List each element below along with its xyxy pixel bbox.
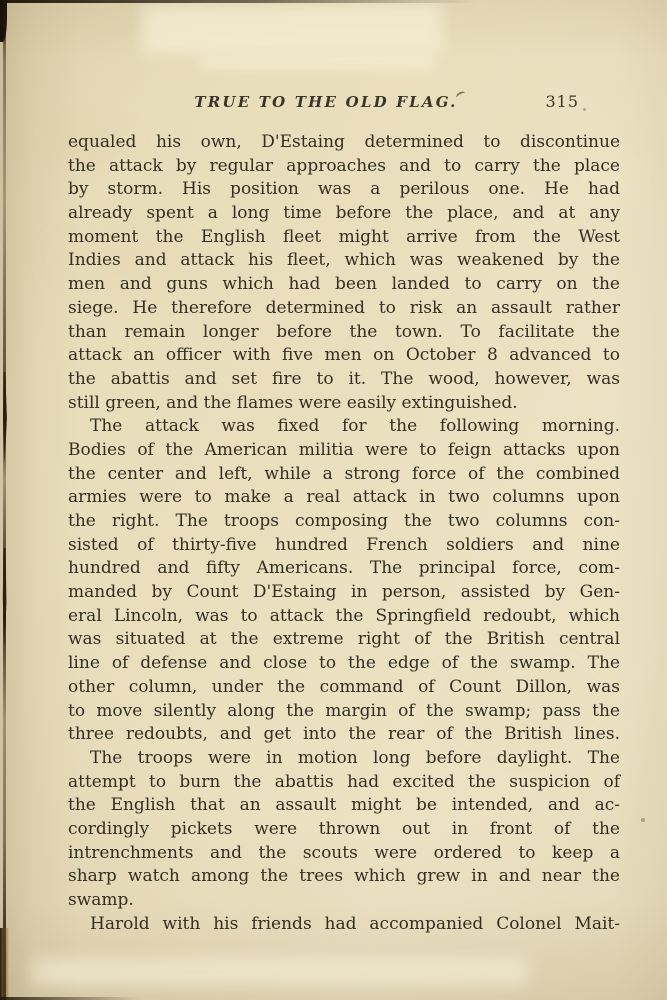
text-line: men and guns which had been landed to ca…	[68, 273, 620, 297]
text-line: attempt to burn the abattis had excited …	[68, 771, 620, 795]
page-number: 315	[545, 93, 579, 111]
binding-crease-line	[3, 0, 6, 1000]
body-text: equaled his own, D'Estaing determined to…	[68, 131, 620, 936]
text-line: swamp.	[68, 889, 620, 913]
text-line: Bodies of the American militia were to f…	[68, 439, 620, 463]
text-line: line of defense and close to the edge of…	[68, 652, 620, 676]
text-line: the abattis and set fire to it. The wood…	[68, 368, 620, 392]
text-line: hundred and fifty Americans. The princip…	[68, 557, 620, 581]
scan-light-band-top	[142, 4, 442, 54]
text-line: attack an officer with five men on Octob…	[68, 344, 620, 368]
text-line: other column, under the command of Count…	[68, 676, 620, 700]
paper-speck	[583, 108, 586, 111]
text-line: manded by Count D'Estaing in person, ass…	[68, 581, 620, 605]
text-line: sharp watch among the trees which grew i…	[68, 865, 620, 889]
text-line: sisted of thirty-five hundred French sol…	[68, 534, 620, 558]
text-line: moment the English fleet might arrive fr…	[68, 226, 620, 250]
text-line: was situated at the extreme right of the…	[68, 628, 620, 652]
text-line: intrenchments and the scouts were ordere…	[68, 842, 620, 866]
text-line: the attack by regular approaches and to …	[68, 155, 620, 179]
running-header: TRUE TO THE OLD FLAG.	[50, 93, 602, 111]
text-line: The troops were in motion long before da…	[68, 747, 620, 771]
text-line: siege. He therefore determined to risk a…	[68, 297, 620, 321]
text-line: by storm. His position was a perilous on…	[68, 178, 620, 202]
text-line: eral Lincoln, was to attack the Springfi…	[68, 605, 620, 629]
text-line: Harold with his friends had accompanied …	[68, 913, 620, 937]
text-line: armies were to make a real attack in two…	[68, 486, 620, 510]
text-line: The attack was fixed for the following m…	[68, 415, 620, 439]
text-line: the center and left, while a strong forc…	[68, 463, 620, 487]
text-line: the right. The troops composing the two …	[68, 510, 620, 534]
text-line: the English that an assault might be int…	[68, 794, 620, 818]
scan-light-band-bottom	[32, 958, 527, 986]
text-line: to move silently along the margin of the…	[68, 700, 620, 724]
text-line: equaled his own, D'Estaing determined to…	[68, 131, 620, 155]
book-page: TRUE TO THE OLD FLAG. 315 equaled his ow…	[0, 0, 667, 1000]
text-line: still green, and the flames were easily …	[68, 392, 620, 416]
paper-speck	[641, 818, 645, 822]
text-line: Indies and attack his fleet, which was w…	[68, 249, 620, 273]
text-line: already spent a long time before the pla…	[68, 202, 620, 226]
text-line: than remain longer before the town. To f…	[68, 321, 620, 345]
page-edge-top	[0, 0, 478, 3]
scan-light-band-top-2	[200, 56, 435, 71]
text-line: cordingly pickets were thrown out in fro…	[68, 818, 620, 842]
text-line: three redoubts, and get into the rear of…	[68, 723, 620, 747]
page-corner-bottom-left	[0, 928, 9, 1000]
